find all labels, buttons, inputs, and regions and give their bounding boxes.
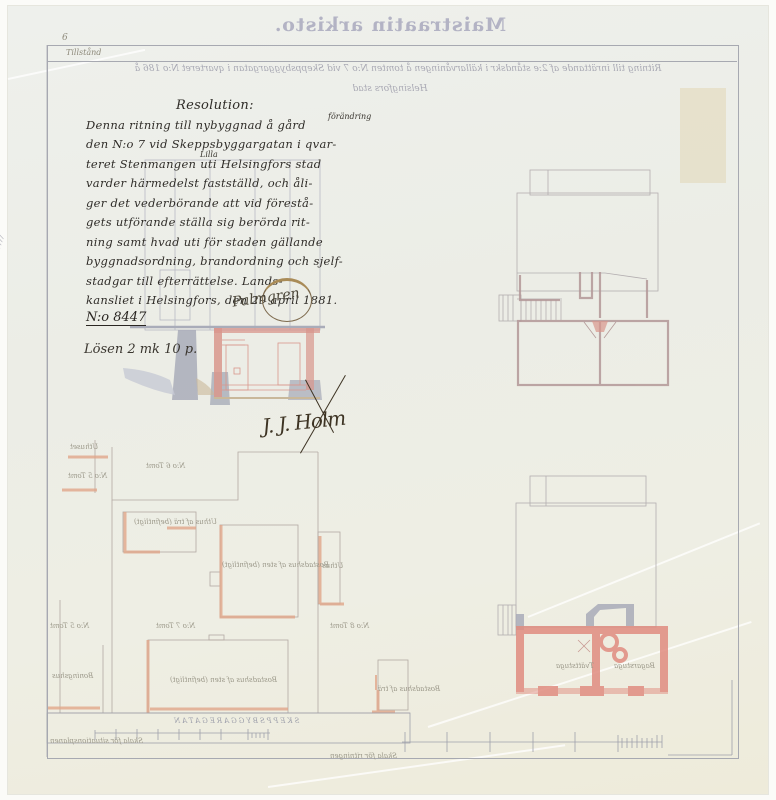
resolution-line: varder härmedelst fastställd, och åli-: [86, 174, 386, 194]
label-lot-right: N:o 8 Tomt: [330, 622, 369, 630]
floor-plan-upper-walls: [518, 272, 668, 385]
label-right-side-building: Uthus: [322, 562, 343, 570]
label-lot-left: N:o 5 Tomt: [50, 622, 89, 630]
resolution-line: teret Stenmangen uti Helsingfors stad: [86, 155, 386, 175]
resolution-line: den N:o 7 vid Skeppsbyggargatan i qvar-: [86, 135, 386, 155]
label-main-building: Bostadshus af sten (befintligt): [222, 561, 329, 569]
floor-plan-upper: [499, 170, 658, 321]
label-bottom-building: Bostadshus af sten (befintligt): [170, 676, 277, 684]
label-left-mid: N:o 5 Tomt: [68, 472, 107, 480]
resolution-line: gets utförande ställa sig berörda rit-: [86, 213, 386, 233]
resolution-line: ning samt hvad uti för staden gällande: [86, 233, 386, 253]
site-plan: [47, 440, 410, 713]
label-small-building: Uthus af trä (befintligt): [134, 518, 217, 526]
resolution-line: ger det vederbörande att vid förestå-: [86, 194, 386, 214]
label-left-bottom: Boningshus: [52, 672, 93, 680]
scale-label-right: Skala för ritningen: [330, 752, 397, 760]
label-lot-center: N:o 7 Tomt: [156, 622, 195, 630]
document-number: N:o 8447: [86, 310, 146, 326]
label-room-right: Bagarstuga: [614, 662, 655, 670]
scale-label-left: Skala för situationsplanen: [50, 737, 143, 745]
insert-mid-word: Lilla: [200, 150, 218, 159]
label-corner-building: Bostadshus af trä: [378, 685, 440, 693]
fee-note: Lösen 2 mk 10 p.: [84, 342, 197, 357]
floor-plan-lower-door-swing: [578, 640, 590, 652]
site-plan-new-walls: [48, 457, 395, 713]
label-room-left: Tvättstuga: [556, 662, 594, 670]
floor-plan-lower-new-walls: [516, 626, 668, 696]
label-lot-top: N:o 6 Tomt: [146, 462, 185, 470]
label-left-upper: Uthuset: [70, 443, 98, 451]
street-name-label: SKEPPSBYGGAREGATAN: [172, 717, 299, 725]
insert-above-word: förändring: [328, 112, 371, 121]
